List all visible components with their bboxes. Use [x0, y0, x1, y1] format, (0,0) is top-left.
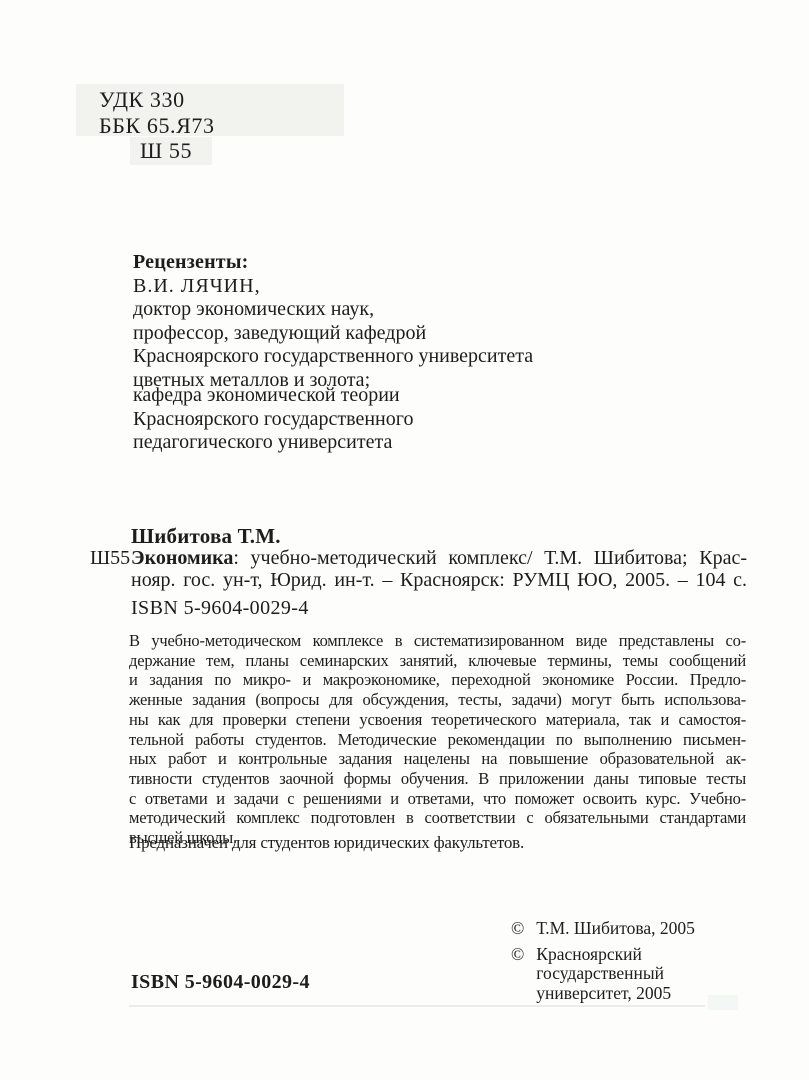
copyright-entry: © Красноярский государственный университ…: [511, 945, 695, 1004]
annotation-line: ных работ и контрольные задания нацелены…: [129, 749, 746, 769]
bib-entry-line1-rest: : учебно-методический комплекс/ Т.М. Шиб…: [233, 547, 747, 569]
isbn-bottom: ISBN 5-9604-0029-4: [131, 971, 310, 994]
annotation-line: тельной работы студентов. Методические р…: [129, 730, 746, 750]
reviewer-2-block: кафедра экономической теории Красноярско…: [133, 384, 413, 455]
reviewer-line: кафедра экономической теории: [133, 384, 413, 408]
bib-entry-line1: Экономика: учебно-методический комплекс/…: [131, 547, 747, 570]
copyright-holder-line: университет, 2005: [536, 984, 671, 1004]
annotation-line: тивности студентов заочной формы обучени…: [129, 769, 746, 789]
udc-code: УДК 330: [99, 87, 215, 113]
copyright-holder: Красноярский государственный университет…: [536, 945, 671, 1004]
isbn-top: ISBN 5-9604-0029-4: [131, 597, 309, 620]
annotation-line: В учебно-методическом комплексе в систем…: [129, 631, 746, 651]
copyright-holder: Т.М. Шибитова, 2005: [536, 919, 695, 939]
reviewer-name: В.И. ЛЯЧИН,: [133, 275, 533, 299]
copyright-holder-line: Красноярский: [536, 945, 671, 965]
reviewer-line: доктор экономических наук,: [133, 298, 533, 322]
copyright-symbol: ©: [511, 919, 524, 939]
annotation-line: методический комплекс подготовлен в соот…: [129, 808, 746, 828]
bib-author: Шибитова Т.М.: [131, 524, 281, 549]
classification-block: УДК 330 ББК 65.Я73 Ш 55: [99, 87, 215, 164]
bib-sign: Ш55: [90, 547, 130, 570]
bbk-code: ББК 65.Я73: [99, 113, 215, 139]
reviewer-line: профессор, заведующий кафедрой: [133, 322, 533, 346]
author-sign: Ш 55: [140, 138, 215, 164]
bib-title: Экономика: [131, 547, 233, 569]
divider-line: [129, 1005, 705, 1007]
annotation-line: держание тем, планы семинарских занятий,…: [129, 651, 746, 671]
reviewers-block: Рецензенты: В.И. ЛЯЧИН, доктор экономиче…: [133, 251, 533, 392]
annotation-paragraph: В учебно-методическом комплексе в систем…: [129, 631, 746, 848]
reviewer-line: Красноярского государственного: [133, 408, 413, 432]
annotation-line: ны как для проверки степени усвоения тео…: [129, 710, 746, 730]
bib-entry-line2: нояр. гос. ун-т, Юрид. ин-т. – Красноярс…: [131, 569, 747, 592]
copyright-block: © Т.М. Шибитова, 2005 © Красноярский гос…: [511, 919, 695, 1003]
copyright-entry: © Т.М. Шибитова, 2005: [511, 919, 695, 939]
book-imprint-page: УДК 330 ББК 65.Я73 Ш 55 Рецензенты: В.И.…: [0, 0, 809, 1080]
reviewer-line: педагогического университета: [133, 431, 413, 455]
reviewers-heading: Рецензенты:: [133, 251, 533, 275]
annotation-line: с ответами и задачи с решениями и ответа…: [129, 789, 746, 809]
copyright-symbol: ©: [511, 945, 524, 1004]
scan-artifact: [708, 995, 738, 1010]
annotation-line: женные задания (вопросы для обсуждения, …: [129, 690, 746, 710]
audience-line: Предназначен для студентов юридических ф…: [129, 833, 524, 853]
reviewer-line: Красноярского государственного университ…: [133, 345, 533, 369]
copyright-holder-line: государственный: [536, 964, 671, 984]
annotation-line: и задания по микро- и макроэкономике, пе…: [129, 670, 746, 690]
